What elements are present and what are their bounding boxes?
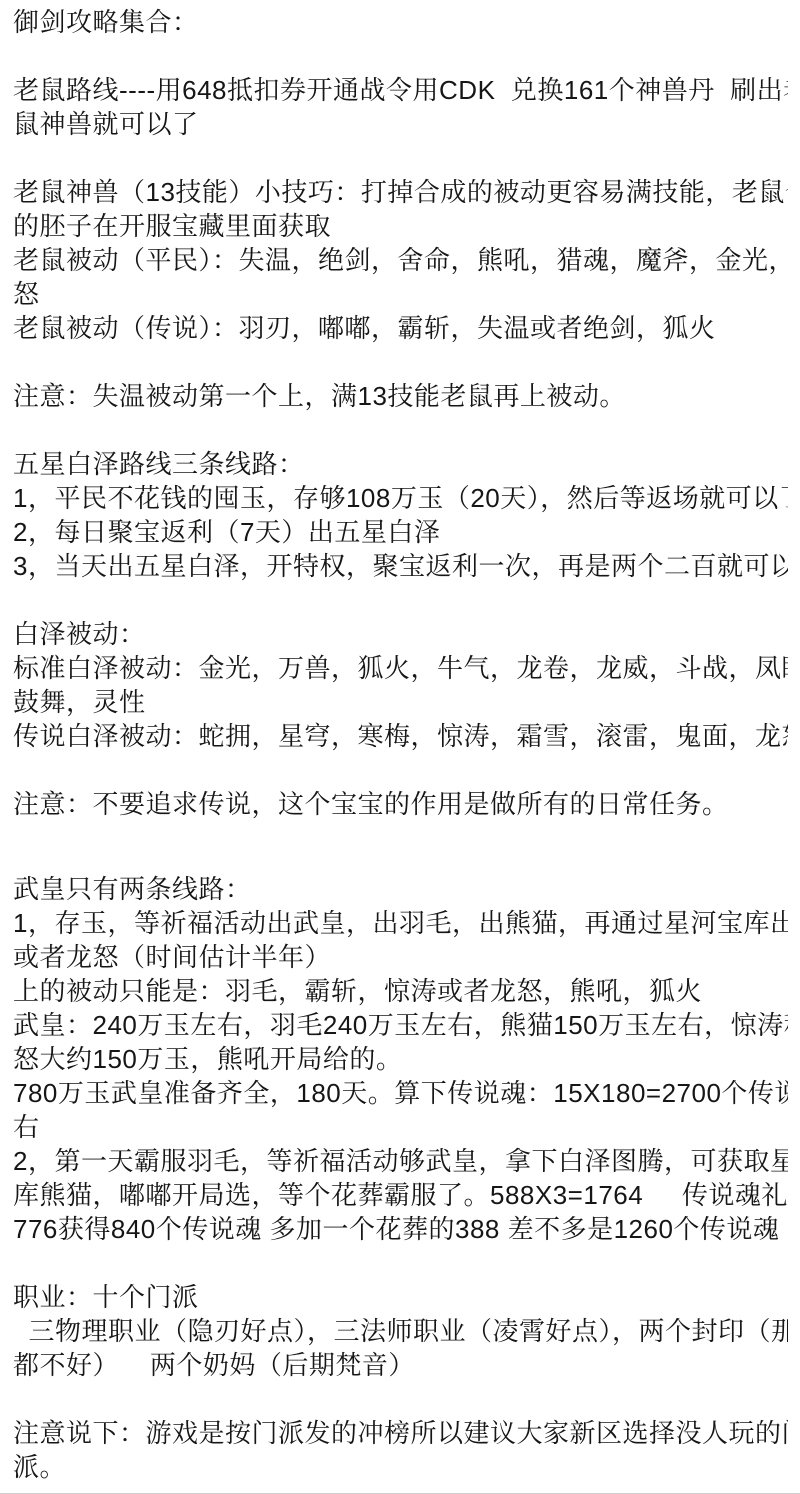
text-line: 的胚子在开服宝藏里面获取 — [13, 209, 788, 243]
text-line: 白泽被动： — [13, 617, 788, 651]
text-line: 老鼠路线----用648抵扣券开通战令用CDK 兑换161个神兽丹 刷出老 — [13, 73, 788, 107]
guide-page: 御剑攻略集合：老鼠路线----用648抵扣券开通战令用CDK 兑换161个神兽丹… — [0, 0, 800, 1494]
text-line: 三物理职业（隐刃好点），三法师职业（凌霄好点），两个封印（那个 — [13, 1314, 788, 1348]
text-line: 武皇：240万玉左右，羽毛240万玉左右，熊猫150万玉左右，惊涛和龙 — [13, 1008, 788, 1042]
text-line: 库熊猫，嘟嘟开局选，等个花葬霸服了。588X3=1764 传说魂礼包： — [13, 1178, 788, 1212]
section-classes: 职业：十个门派 三物理职业（隐刃好点），三法师职业（凌霄好点），两个封印（那个都… — [13, 1280, 788, 1382]
section-mouse-note: 注意：失温被动第一个上，满13技能老鼠再上被动。 — [13, 379, 788, 413]
text-line: 职业：十个门派 — [13, 1280, 788, 1314]
text-line: 鼓舞，灵性 — [13, 685, 788, 719]
text-line: 派。 — [13, 1450, 788, 1484]
text-line: 鼠神兽就可以了 — [13, 107, 788, 141]
text-line: 怒大约150万玉，熊吼开局给的。 — [13, 1042, 788, 1076]
section-wuhuang-routes: 武皇只有两条线路：1，存玉，等祈福活动出武皇，出羽毛，出熊猫，再通过星河宝库出惊… — [13, 872, 788, 1246]
text-line: 1，平民不花钱的囤玉，存够108万玉（20天），然后等返场就可以了。 — [13, 481, 788, 515]
page-title: 御剑攻略集合： — [13, 5, 788, 39]
section-baize-note: 注意：不要追求传说，这个宝宝的作用是做所有的日常任务。 — [13, 787, 788, 821]
section-mouse-route: 老鼠路线----用648抵扣券开通战令用CDK 兑换161个神兽丹 刷出老鼠神兽… — [13, 73, 788, 141]
text-line: 或者龙怒（时间估计半年） — [13, 940, 788, 974]
text-line: 1，存玉，等祈福活动出武皇，出羽毛，出熊猫，再通过星河宝库出惊涛 — [13, 906, 788, 940]
text-line: 怒 — [13, 277, 788, 311]
section-baize-routes: 五星白泽路线三条线路：1，平民不花钱的囤玉，存够108万玉（20天），然后等返场… — [13, 447, 788, 583]
text-line: 注意说下：游戏是按门派发的冲榜所以建议大家新区选择没人玩的门 — [13, 1416, 788, 1450]
section-title: 御剑攻略集合： — [13, 5, 788, 39]
text-line: 注意：不要追求传说，这个宝宝的作用是做所有的日常任务。 — [13, 787, 788, 821]
text-line: 3，当天出五星白泽，开特权，聚宝返利一次，再是两个二百就可以了。 — [13, 549, 788, 583]
text-line: 武皇只有两条线路： — [13, 872, 788, 906]
text-line: 776获得840个传说魂 多加一个花葬的388 差不多是1260个传说魂 — [13, 1212, 788, 1246]
text-line: 780万玉武皇准备齐全，180天。算下传说魂：15X180=2700个传说左 — [13, 1076, 788, 1110]
text-line: 2，每日聚宝返利（7天）出五星白泽 — [13, 515, 788, 549]
section-mouse-beast-tips: 老鼠神兽（13技能）小技巧：打掉合成的被动更容易满技能，老鼠合宠的胚子在开服宝藏… — [13, 175, 788, 345]
guide-document: 御剑攻略集合：老鼠路线----用648抵扣券开通战令用CDK 兑换161个神兽丹… — [0, 0, 800, 1484]
text-line: 老鼠被动（传说）：羽刃，嘟嘟，霸斩，失温或者绝剑，狐火 — [13, 311, 788, 345]
text-line: 右 — [13, 1110, 788, 1144]
text-line: 五星白泽路线三条线路： — [13, 447, 788, 481]
text-line: 2，第一天霸服羽毛，等祈福活动够武皇，拿下白泽图腾，可获取星河宝 — [13, 1144, 788, 1178]
text-line: 注意：失温被动第一个上，满13技能老鼠再上被动。 — [13, 379, 788, 413]
text-line: 老鼠神兽（13技能）小技巧：打掉合成的被动更容易满技能，老鼠合宠 — [13, 175, 788, 209]
text-line: 传说白泽被动：蛇拥，星穹，寒梅，惊涛，霜雪，滚雷，鬼面，龙怒 — [13, 719, 788, 753]
text-line: 老鼠被动（平民）：失温，绝剑，舍命，熊吼，猎魂，魔斧，金光，雷 — [13, 243, 788, 277]
text-line: 上的被动只能是：羽毛，霸斩，惊涛或者龙怒，熊吼，狐火 — [13, 974, 788, 1008]
section-baize-passives: 白泽被动：标准白泽被动：金光，万兽，狐火，牛气，龙卷，龙威，斗战，凤眼，鼓舞，灵… — [13, 617, 788, 753]
text-line: 标准白泽被动：金光，万兽，狐火，牛气，龙卷，龙威，斗战，凤眼， — [13, 651, 788, 685]
section-final-note: 注意说下：游戏是按门派发的冲榜所以建议大家新区选择没人玩的门派。 — [13, 1416, 788, 1484]
text-line: 都不好） 两个奶妈（后期梵音） — [13, 1348, 788, 1382]
